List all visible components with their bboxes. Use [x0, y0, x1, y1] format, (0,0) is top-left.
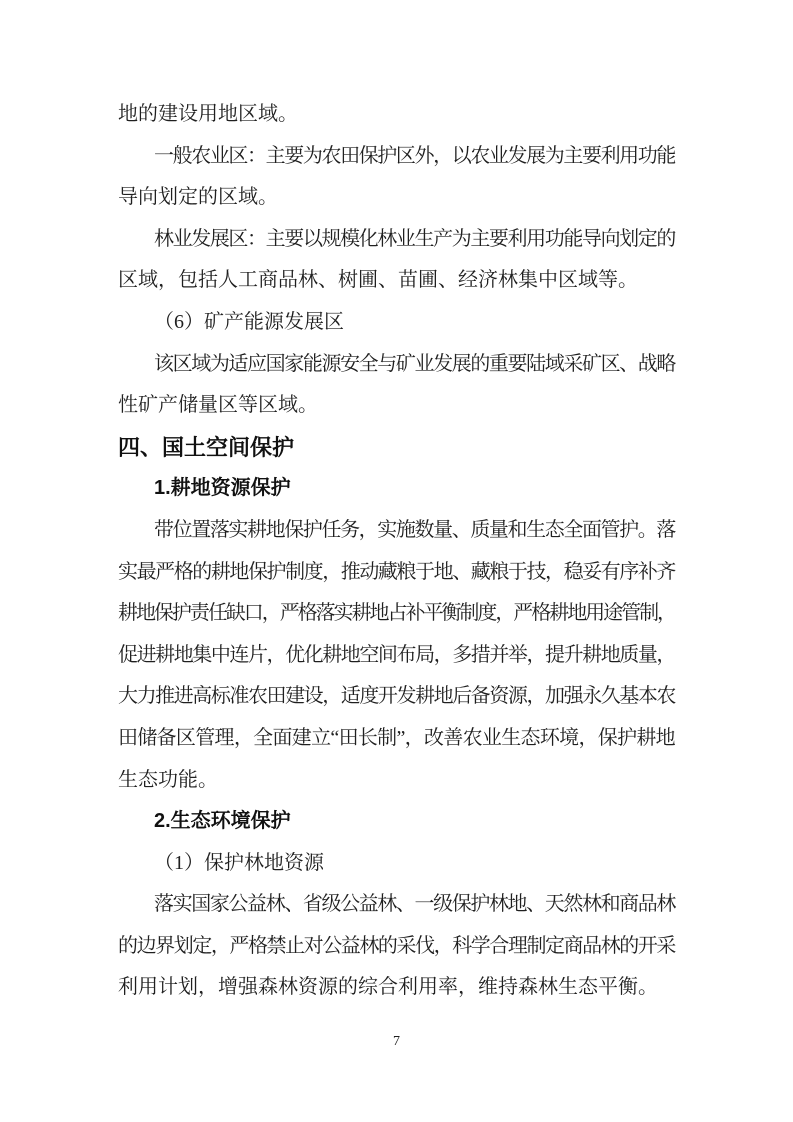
line-text: 林业发展区：主要以规模化林业生产为主要利用功能导向划定的 [154, 228, 675, 250]
text-line-0: 地的建设用地区域。 [118, 94, 675, 136]
text-line-16: 生态功能。 [118, 760, 675, 802]
line-text: 地的建设用地区域。 [118, 103, 298, 125]
text-line-13: 促进耕地集中连片，优化耕地空间布局，多措并举，提升耕地质量， [118, 635, 675, 677]
text-line-7: 性矿产储量区等区域。 [118, 385, 675, 427]
line-text: 实最严格的耕地保护制度，推动藏粮于地、藏粮于技，稳妥有序补齐 [118, 561, 675, 583]
line-text: （1）保护林地资源 [154, 852, 324, 874]
line-text: 区域，包括人工商品林、树圃、苗圃、经济林集中区域等。 [118, 269, 638, 291]
page-number: 7 [0, 1030, 793, 1054]
line-text: 该区域为适应国家能源安全与矿业发展的重要陆域采矿区、战略 [154, 353, 675, 375]
text-line-19: 落实国家公益林、省级公益林、一级保护林地、天然林和商品林 [118, 884, 675, 926]
text-line-17: 2.生态环境保护 [118, 801, 675, 843]
line-text: 导向划定的区域。 [118, 186, 278, 208]
text-line-9: 1.耕地资源保护 [118, 468, 675, 510]
line-text: 利用计划，增强森林资源的综合利用率，维持森林生态平衡。 [118, 976, 658, 998]
text-line-15: 田储备区管理，全面建立“田长制”，改善农业生态环境，保护耕地 [118, 718, 675, 760]
line-text: 2.生态环境保护 [154, 810, 291, 832]
line-text: 性矿产储量区等区域。 [118, 394, 318, 416]
line-text: 田储备区管理，全面建立“田长制”，改善农业生态环境，保护耕地 [118, 727, 675, 749]
line-text: 一般农业区：主要为农田保护区外，以农业发展为主要利用功能 [154, 145, 675, 167]
text-line-1: 一般农业区：主要为农田保护区外，以农业发展为主要利用功能 [118, 136, 675, 178]
text-line-2: 导向划定的区域。 [118, 177, 675, 219]
line-text: 耕地保护责任缺口，严格落实耕地占补平衡制度，严格耕地用途管制， [118, 602, 675, 624]
text-line-11: 实最严格的耕地保护制度，推动藏粮于地、藏粮于技，稳妥有序补齐 [118, 552, 675, 594]
text-line-12: 耕地保护责任缺口，严格落实耕地占补平衡制度，严格耕地用途管制， [118, 593, 675, 635]
line-text: 促进耕地集中连片，优化耕地空间布局，多措并举，提升耕地质量， [118, 644, 675, 666]
line-text: 的边界划定，严格禁止对公益林的采伐，科学合理制定商品林的开采 [118, 935, 675, 957]
line-text: 大力推进高标准农田建设，适度开发耕地后备资源，加强永久基本农 [118, 685, 675, 707]
text-line-14: 大力推进高标准农田建设，适度开发耕地后备资源，加强永久基本农 [118, 676, 675, 718]
line-text: 生态功能。 [118, 769, 218, 791]
line-text: 带位置落实耕地保护任务，实施数量、质量和生态全面管护。落 [154, 519, 675, 541]
text-line-18: （1）保护林地资源 [118, 843, 675, 885]
line-text: 1.耕地资源保护 [154, 477, 291, 499]
text-line-10: 带位置落实耕地保护任务，实施数量、质量和生态全面管护。落 [118, 510, 675, 552]
text-line-8: 四、国土空间保护 [118, 427, 675, 469]
text-line-5: （6）矿产能源发展区 [118, 302, 675, 344]
line-text: 四、国土空间保护 [118, 435, 294, 460]
text-line-6: 该区域为适应国家能源安全与矿业发展的重要陆域采矿区、战略 [118, 344, 675, 386]
text-line-21: 利用计划，增强森林资源的综合利用率，维持森林生态平衡。 [118, 967, 675, 1009]
text-line-4: 区域，包括人工商品林、树圃、苗圃、经济林集中区域等。 [118, 260, 675, 302]
text-line-20: 的边界划定，严格禁止对公益林的采伐，科学合理制定商品林的开采 [118, 926, 675, 968]
line-text: （6）矿产能源发展区 [154, 311, 344, 333]
document-body: 地的建设用地区域。一般农业区：主要为农田保护区外，以农业发展为主要利用功能导向划… [118, 94, 675, 1009]
line-text: 落实国家公益林、省级公益林、一级保护林地、天然林和商品林 [154, 893, 675, 915]
text-line-3: 林业发展区：主要以规模化林业生产为主要利用功能导向划定的 [118, 219, 675, 261]
document-page: 地的建设用地区域。一般农业区：主要为农田保护区外，以农业发展为主要利用功能导向划… [0, 0, 793, 1122]
